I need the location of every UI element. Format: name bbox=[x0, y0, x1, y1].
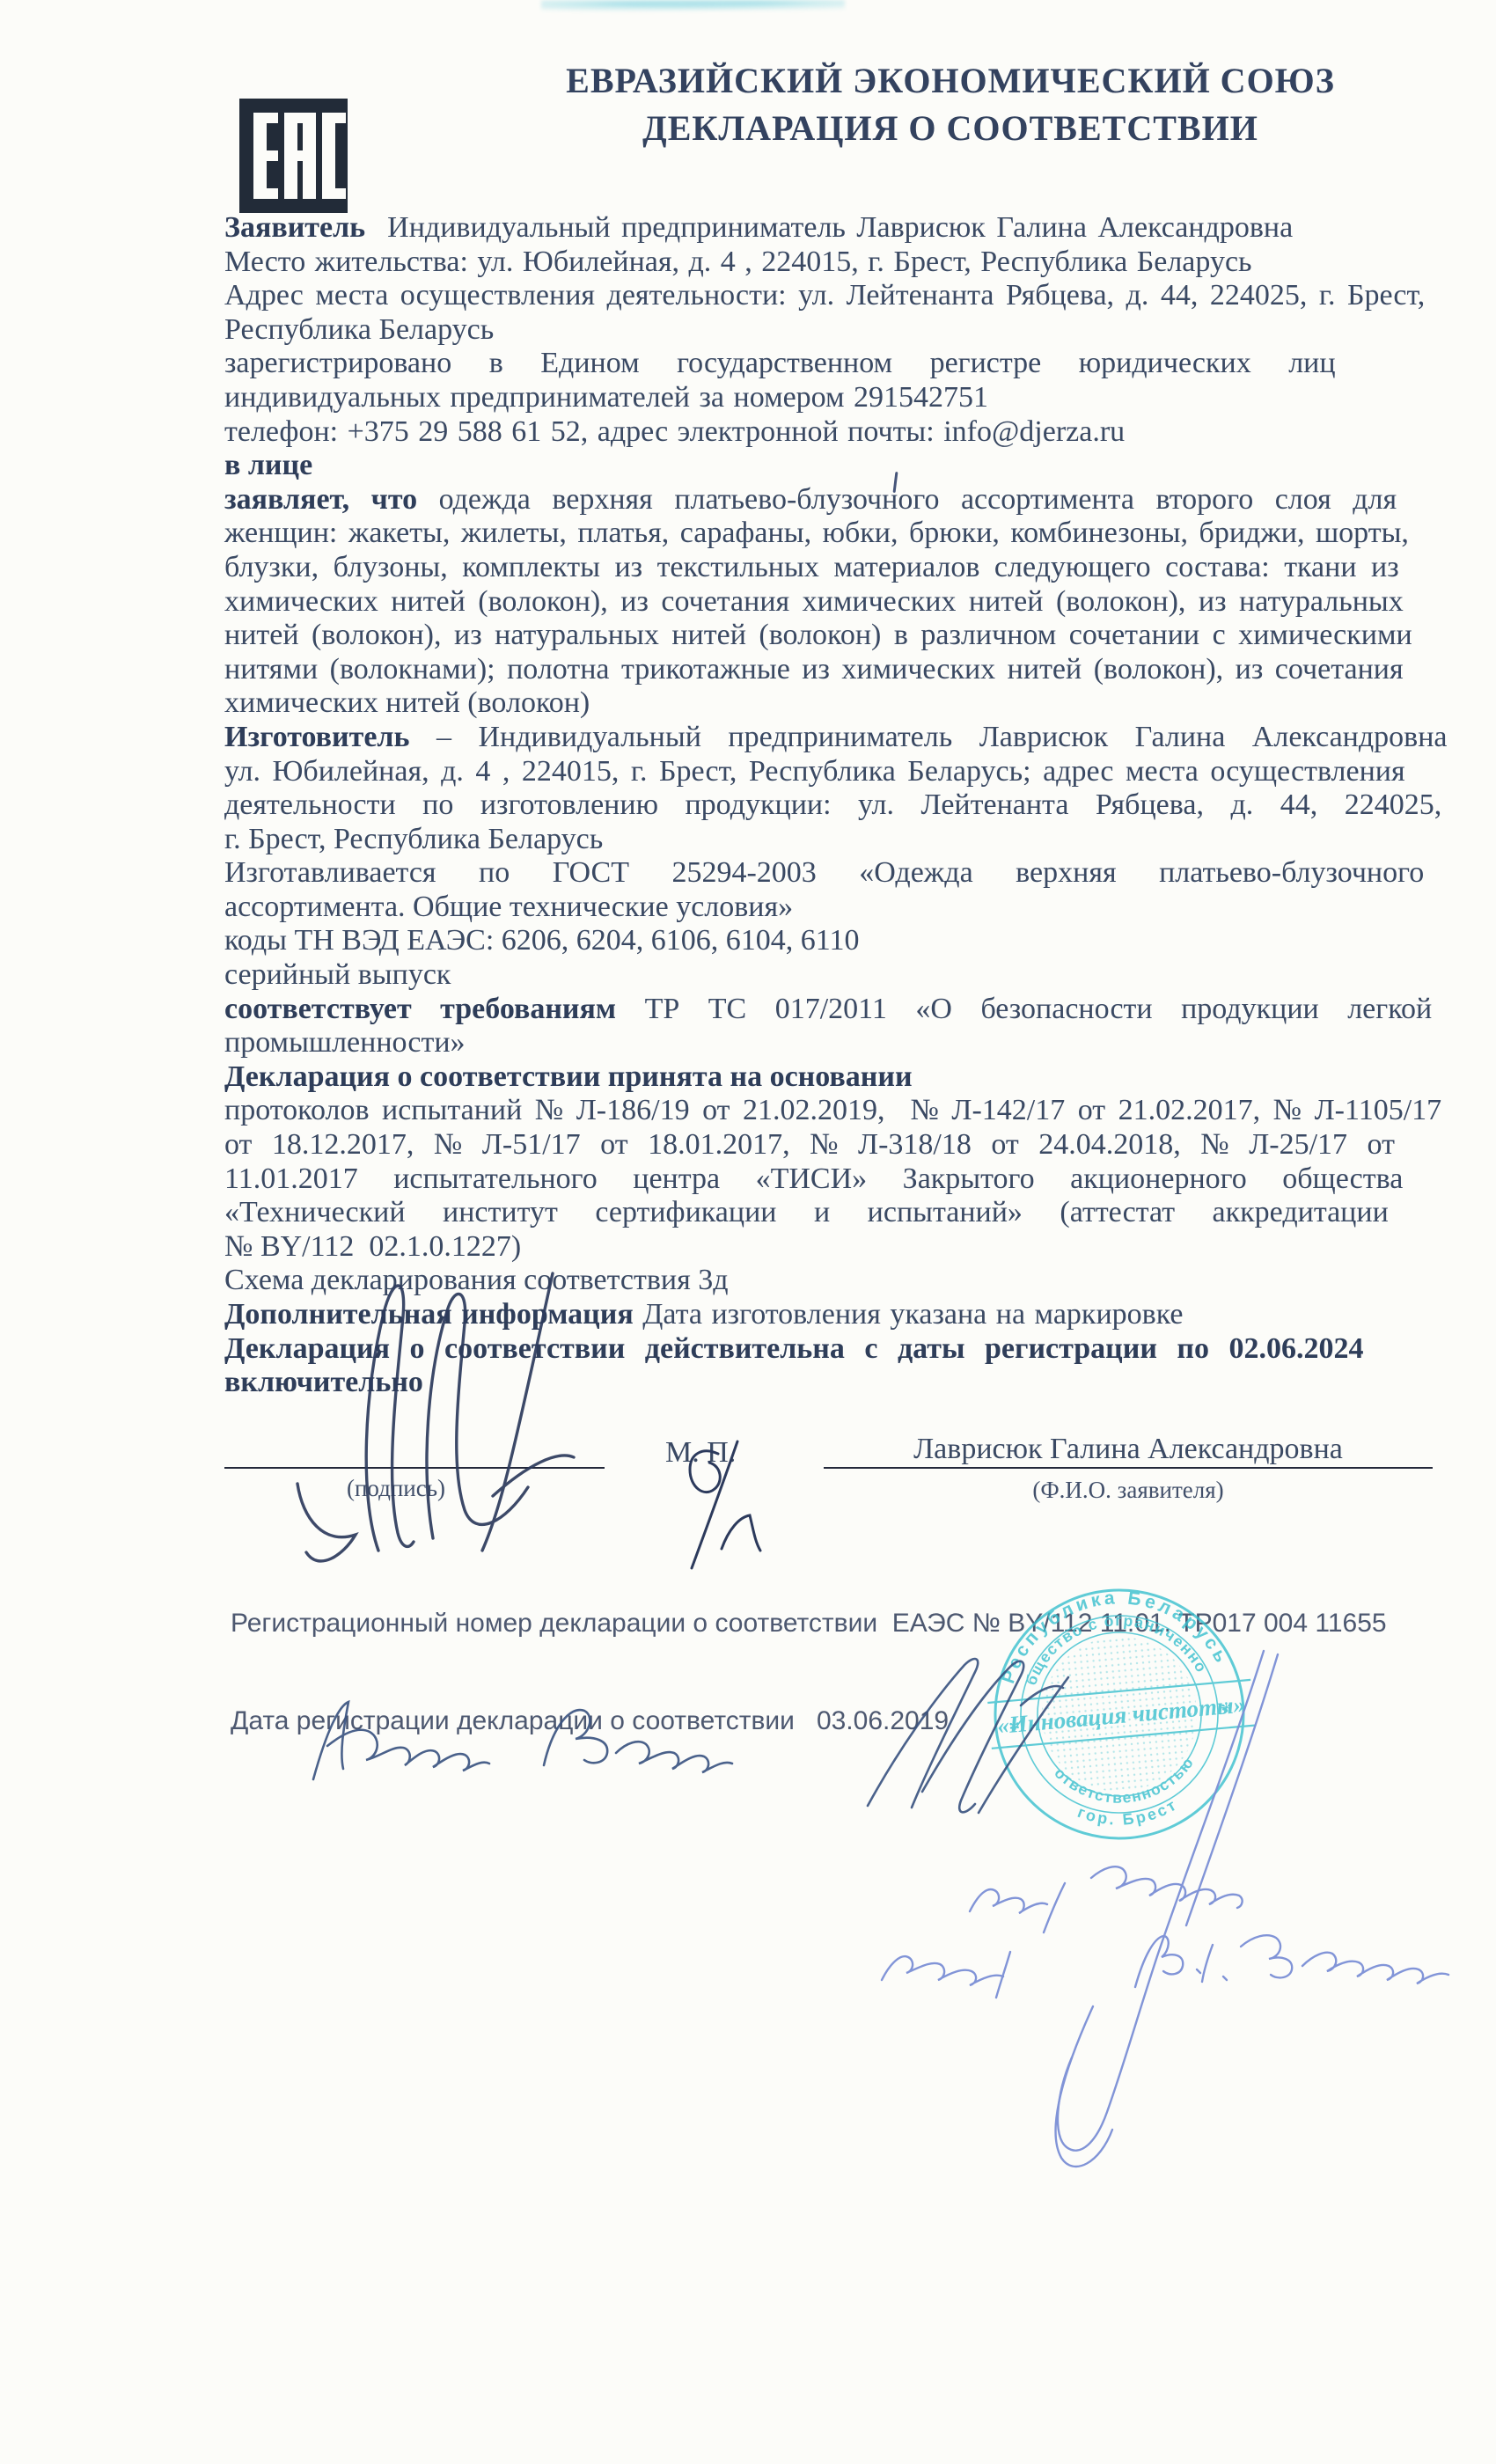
document-line: Место жительства: ул. Юбилейная, д. 4 , … bbox=[224, 246, 1496, 280]
document-line-segment: нитей (волокон), из натуральных нитей (в… bbox=[224, 619, 1412, 651]
document-line: нитей (волокон), из натуральных нитей (в… bbox=[224, 619, 1496, 653]
document-line: нитями (волокнами); полотна трикотажные … bbox=[224, 653, 1496, 687]
document-line-segment: промышленности» bbox=[224, 1026, 466, 1059]
registration-number-label: Регистрационный номер декларации о соотв… bbox=[231, 1609, 877, 1638]
document-line-segment: Дата изготовления указана на маркировке bbox=[634, 1298, 1184, 1331]
document-line: Республика Беларусь bbox=[224, 313, 1496, 348]
document-line-segment: химических нитей (волокон), из сочетания… bbox=[224, 585, 1404, 618]
document-line-segment: Место жительства: ул. Юбилейная, д. 4 , … bbox=[224, 246, 1252, 278]
document-line-bold-segment: Декларация о соответствии действительна … bbox=[224, 1332, 1364, 1365]
document-line-segment: 11.01.2017 испытательного центра «ТИСИ» … bbox=[224, 1162, 1403, 1195]
document-line-segment: № BY/112 02.1.0.1227) bbox=[224, 1230, 521, 1263]
applicant-name: Лаврисюк Галина Александровна bbox=[824, 1433, 1433, 1466]
document-line-segment: от 18.12.2017, № Л-51/17 от 18.01.2017, … bbox=[224, 1128, 1395, 1161]
document-line-segment: «Технический институт сертификации и исп… bbox=[224, 1196, 1389, 1228]
document-line-segment: Республика Беларусь bbox=[224, 313, 494, 346]
document-line: женщин: жакеты, жилеты, платья, сарафаны… bbox=[224, 517, 1496, 551]
document-line-segment: ассортимента. Общие технические условия» bbox=[224, 891, 793, 923]
declaration-document-page: ЕВРАЗИЙСКИЙ ЭКОНОМИЧЕСКИЙ СОЮЗ ДЕКЛАРАЦИ… bbox=[0, 0, 1496, 2464]
document-line-segment: химических нитей (волокон) bbox=[224, 686, 590, 719]
document-line-segment: блузки, блузоны, комплекты из текстильны… bbox=[224, 551, 1399, 583]
document-line-segment: Изготавливается по ГОСТ 25294-2003 «Одеж… bbox=[224, 856, 1424, 889]
document-line-segment: ТР ТС 017/2011 «О безопасности продукции… bbox=[616, 993, 1432, 1025]
document-line-bold-segment: в лице bbox=[224, 449, 312, 481]
document-line: № BY/112 02.1.0.1227) bbox=[224, 1230, 1496, 1265]
document-line: промышленности» bbox=[224, 1026, 1496, 1060]
document-line: химических нитей (волокон), из сочетания… bbox=[224, 585, 1496, 620]
document-line: Декларация о соответствии принята на осн… bbox=[224, 1060, 1496, 1095]
document-line: соответствует требованиям ТР ТС 017/2011… bbox=[224, 993, 1496, 1027]
document-line: Изготовитель – Индивидуальный предприним… bbox=[224, 721, 1496, 755]
signature-line-applicant bbox=[224, 1467, 605, 1469]
document-line: «Технический институт сертификации и исп… bbox=[224, 1196, 1496, 1230]
document-line-segment: Схема декларирования соответствия 3д bbox=[224, 1264, 729, 1296]
document-line: 11.01.2017 испытательного центра «ТИСИ» … bbox=[224, 1162, 1496, 1197]
document-line-segment: г. Брест, Республика Беларусь bbox=[224, 823, 603, 855]
document-line-bold-segment: Дополнительная информация bbox=[224, 1298, 634, 1331]
document-line: от 18.12.2017, № Л-51/17 от 18.01.2017, … bbox=[224, 1128, 1496, 1162]
document-line: серийный выпуск bbox=[224, 958, 1496, 993]
eac-logo bbox=[239, 99, 348, 213]
document-line: блузки, блузоны, комплекты из текстильны… bbox=[224, 551, 1496, 585]
document-line: заявляет, что одежда верхняя платьево-бл… bbox=[224, 483, 1496, 517]
document-line: Дополнительная информация Дата изготовле… bbox=[224, 1298, 1496, 1332]
document-line: в лице bbox=[224, 449, 1496, 483]
registration-date-value: 03.06.2019 bbox=[817, 1706, 949, 1735]
registration-date-label: Дата регистрации декларации о соответств… bbox=[231, 1706, 795, 1735]
document-line-segment: ул. Юбилейная, д. 4 , 224015, г. Брест, … bbox=[224, 755, 1405, 788]
document-line-bold-segment: Заявитель bbox=[224, 211, 365, 244]
document-line-segment: – Индивидуальный предприниматель Лаврисю… bbox=[409, 721, 1447, 753]
scan-artifact-stamp-edge bbox=[541, 0, 845, 13]
document-line: коды ТН ВЭД ЕАЭС: 6206, 6204, 6106, 6104… bbox=[224, 924, 1496, 958]
document-line: г. Брест, Республика Беларусь bbox=[224, 823, 1496, 857]
document-title-line2: ДЕКЛАРАЦИЯ О СООТВЕТСТВИИ bbox=[378, 107, 1496, 149]
registration-number-value: ЕАЭС № BY/112 11.01. ТР017 004 11655 bbox=[892, 1609, 1387, 1638]
document-line-segment: нитями (волокнами); полотна трикотажные … bbox=[224, 653, 1404, 686]
document-line-segment: коды ТН ВЭД ЕАЭС: 6206, 6204, 6106, 6104… bbox=[224, 924, 860, 957]
document-line-segment: зарегистрировано в Едином государственно… bbox=[224, 347, 1336, 379]
document-line-bold-segment: Декларация о соответствии принята на осн… bbox=[224, 1060, 913, 1093]
document-line: индивидуальных предпринимателей за номер… bbox=[224, 381, 1496, 415]
document-line: протоколов испытаний № Л-186/19 от 21.02… bbox=[224, 1094, 1496, 1128]
stamp-place-label: М. П. bbox=[665, 1436, 736, 1470]
document-line: Декларация о соответствии действительна … bbox=[224, 1332, 1496, 1367]
document-line-bold-segment: соответствует требованиям bbox=[224, 993, 616, 1025]
registration-date-line: Дата регистрации декларации о соответств… bbox=[231, 1705, 1387, 1737]
document-line-segment: телефон: +375 29 588 61 52, адрес электр… bbox=[224, 415, 1125, 448]
document-line-segment: Индивидуальный предприниматель Лаврисюк … bbox=[365, 211, 1293, 244]
document-body: Заявитель Индивидуальный предприниматель… bbox=[224, 211, 1496, 1400]
document-line-segment: деятельности по изготовлению продукции: … bbox=[224, 788, 1441, 821]
document-line: химических нитей (волокон) bbox=[224, 686, 1496, 721]
document-line: Адрес места осуществления деятельности: … bbox=[224, 279, 1496, 313]
document-title-line1: ЕВРАЗИЙСКИЙ ЭКОНОМИЧЕСКИЙ СОЮЗ bbox=[378, 60, 1496, 101]
document-line-segment: Адрес места осуществления деятельности: … bbox=[224, 279, 1425, 312]
document-line-segment: женщин: жакеты, жилеты, платья, сарафаны… bbox=[224, 517, 1409, 549]
document-header: ЕВРАЗИЙСКИЙ ЭКОНОМИЧЕСКИЙ СОЮЗ ДЕКЛАРАЦИ… bbox=[378, 60, 1496, 149]
document-line: ассортимента. Общие технические условия» bbox=[224, 891, 1496, 925]
document-line: зарегистрировано в Едином государственно… bbox=[224, 347, 1496, 381]
document-line: телефон: +375 29 588 61 52, адрес электр… bbox=[224, 415, 1496, 450]
document-line: Изготавливается по ГОСТ 25294-2003 «Одеж… bbox=[224, 856, 1496, 891]
document-line-segment: индивидуальных предпринимателей за номер… bbox=[224, 381, 988, 414]
document-line: включительно bbox=[224, 1366, 1496, 1400]
name-caption: (Ф.И.О. заявителя) bbox=[824, 1477, 1433, 1504]
signature-line-name bbox=[824, 1467, 1433, 1469]
document-line: Схема декларирования соответствия 3д bbox=[224, 1264, 1496, 1298]
document-line-segment: протоколов испытаний № Л-186/19 от 21.02… bbox=[224, 1094, 1441, 1126]
document-line-bold-segment: Изготовитель bbox=[224, 721, 409, 753]
document-line-bold-segment: включительно bbox=[224, 1366, 423, 1398]
document-line-segment: серийный выпуск bbox=[224, 958, 451, 991]
signature-caption: (подпись) bbox=[264, 1475, 528, 1502]
document-line-bold-segment: заявляет, что bbox=[224, 483, 417, 516]
eac-logo-graphic bbox=[239, 99, 348, 213]
document-line: ул. Юбилейная, д. 4 , 224015, г. Брест, … bbox=[224, 755, 1496, 789]
document-line: Заявитель Индивидуальный предприниматель… bbox=[224, 211, 1496, 246]
document-line: деятельности по изготовлению продукции: … bbox=[224, 788, 1496, 823]
document-line-segment: одежда верхняя платьево-блузочного ассор… bbox=[417, 483, 1397, 516]
registration-block: Регистрационный номер декларации о соотв… bbox=[231, 1542, 1387, 1802]
registration-number-line: Регистрационный номер декларации о соотв… bbox=[231, 1607, 1387, 1639]
